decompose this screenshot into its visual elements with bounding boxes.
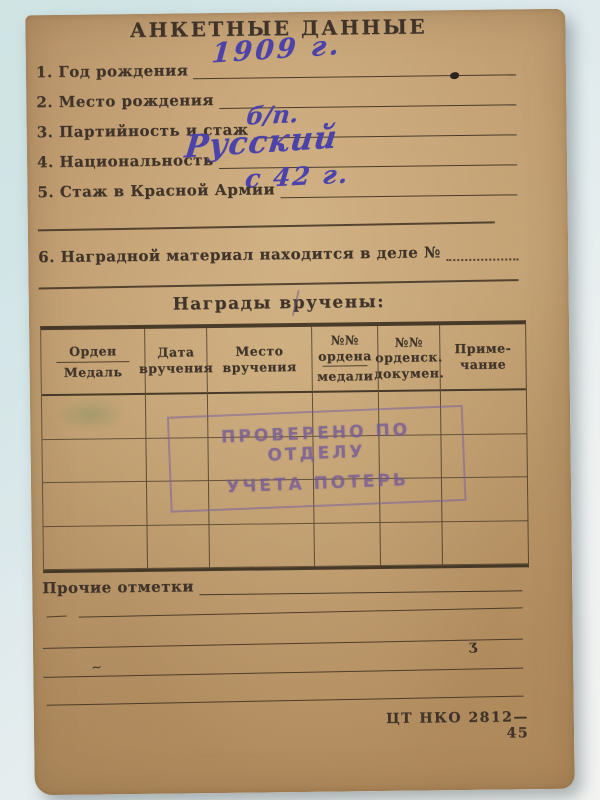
awards-section-heading: Награды вручены: <box>29 290 529 316</box>
field-label: 4. Национальность <box>37 151 214 171</box>
table-empty-cell <box>314 523 381 567</box>
header-text-top: Приме- <box>454 341 511 357</box>
verification-stamp: ПРОВЕРЕНО ПО ОТДЕЛУ УЧЕТА ПОТЕРЬ <box>167 405 467 513</box>
header-text-top: Дата <box>157 345 194 361</box>
header-cell-divider <box>322 365 367 367</box>
field-other-notes: Прочие отметки <box>42 573 522 597</box>
table-empty-cell <box>147 525 210 569</box>
header-text-bottom: вручения <box>222 359 296 376</box>
table-empty-cell <box>42 438 147 483</box>
field-red-army-service: 5. Стаж в Красной Армии <box>37 177 517 201</box>
header-cell-divider <box>57 361 130 363</box>
ruled-line <box>193 71 516 79</box>
column-header-order-number: №№ ордена медали <box>312 326 379 393</box>
field-award-file-number: 6. Наградной материал находится в деле № <box>38 242 518 266</box>
ruled-line <box>280 191 517 198</box>
column-header-document-number: №№ орденск. докумен. <box>378 325 441 392</box>
blank-ruled-line <box>43 668 523 678</box>
form-print-code: ЦТ НКО 2812—45 <box>374 709 529 743</box>
table-empty-cell <box>43 482 148 527</box>
field-label: 1. Год рождения <box>36 61 189 81</box>
blank-ruled-line <box>43 639 523 649</box>
field-label: 5. Стаж в Красной Армии <box>37 180 275 201</box>
stamp-text-line2: УЧЕТА ПОТЕРЬ <box>226 470 409 497</box>
header-text-bottom: чание <box>460 356 506 372</box>
blank-ruled-line <box>47 696 524 706</box>
header-text-bottom: вручения <box>139 360 213 377</box>
header-text-bottom: медали <box>317 368 374 384</box>
field-label: Прочие отметки <box>42 577 194 597</box>
field-year-of-birth: 1. Год рождения <box>36 57 516 81</box>
ink-blot-mark <box>450 72 459 79</box>
stamp-text-line1: ПРОВЕРЕНО ПО ОТДЕЛУ <box>169 418 462 470</box>
section-divider-line <box>38 221 495 231</box>
column-header-order-medal: Орден Медаль <box>41 329 146 396</box>
ruled-line <box>199 587 522 595</box>
table-empty-cell <box>44 525 149 570</box>
section-divider-line <box>39 279 519 289</box>
scanned-form-page: АНКЕТНЫЕ ДАННЫЕ 1909 г. 1. Год рождения … <box>25 9 574 796</box>
header-text-top: Место <box>235 344 283 360</box>
short-dash-line <box>47 616 67 618</box>
table-empty-cell <box>380 522 443 566</box>
header-text-top: Орден <box>69 343 117 359</box>
stray-ink-mark: ʒ <box>469 638 477 654</box>
column-header-award-place: Место вручения <box>207 327 313 394</box>
header-text-bottom: докумен. <box>374 365 444 381</box>
dotted-fill-line <box>446 255 518 261</box>
blank-ruled-line <box>79 607 523 617</box>
table-empty-cell <box>209 523 315 568</box>
field-label: 6. Наградной материал находится в деле № <box>38 243 441 266</box>
header-text-top: №№ орденск. <box>375 334 443 366</box>
header-text-top: №№ ордена <box>313 332 376 364</box>
field-label: 2. Место рождения <box>36 91 214 111</box>
stray-ink-squiggle: ~ <box>90 660 103 676</box>
column-header-award-date: Дата вручения <box>145 328 208 395</box>
table-empty-cell <box>442 521 528 566</box>
header-text-bottom: Медаль <box>64 364 123 380</box>
column-header-remarks: Приме- чание <box>440 324 526 391</box>
